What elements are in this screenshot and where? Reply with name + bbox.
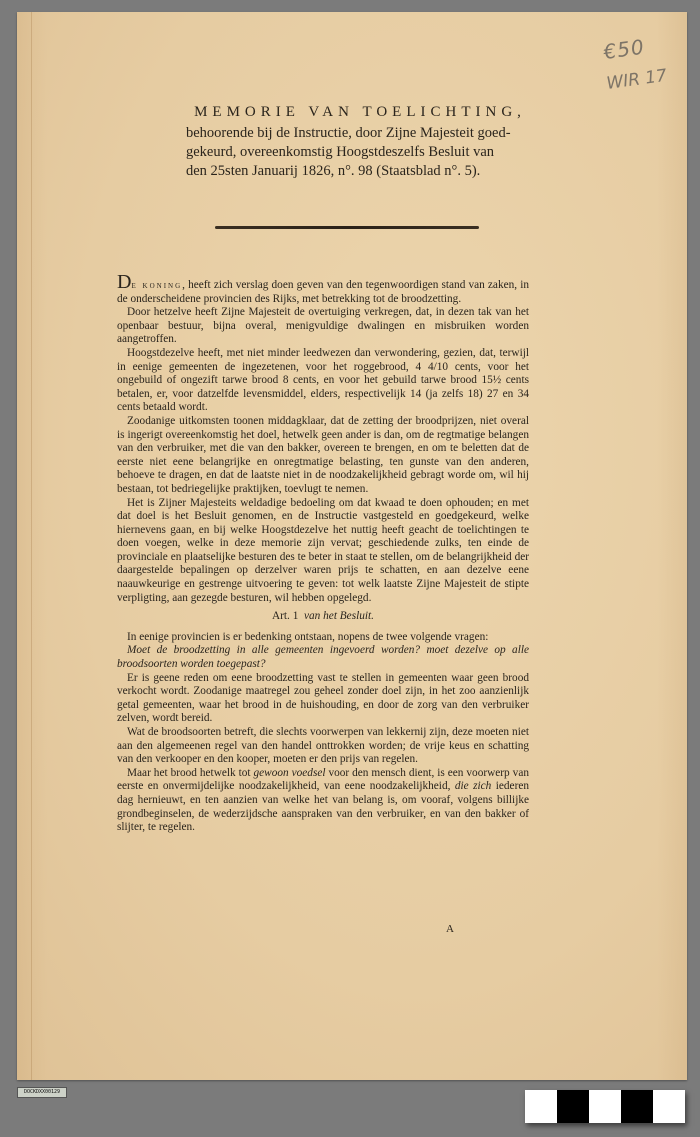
document-body: De koning, heeft zich verslag doen geven…	[117, 276, 529, 835]
document-subtitle: behoorende bij de Instructie, door Zijne…	[186, 124, 526, 181]
subtitle-line: behoorende bij de Instructie, door Zijne…	[186, 124, 526, 143]
document-title: MEMORIE VAN TOELICHTING,	[170, 104, 550, 121]
subtitle-line: gekeurd, overeenkomstig Hoogstdeszelfs B…	[186, 143, 526, 162]
title-block: MEMORIE VAN TOELICHTING, behoorende bij …	[150, 104, 550, 181]
paragraph: Zoodanige uitkomsten toonen middagklaar,…	[117, 415, 529, 497]
paragraph: Wat de broodsoorten betreft, die slechts…	[117, 726, 529, 767]
paragraph: Hoogstdezelve heeft, met niet minder lee…	[117, 347, 529, 415]
koning-smallcaps: e koning	[131, 280, 182, 291]
paragraph: Maar het brood hetwelk tot gewoon voedse…	[117, 767, 529, 835]
scale-white-patch	[653, 1090, 685, 1123]
page-fold-line	[31, 12, 32, 1080]
scale-black-patch	[557, 1090, 589, 1123]
drop-cap: D	[117, 271, 131, 293]
subtitle-line: den 25sten Januarij 1826, n°. 98 (Staats…	[186, 162, 526, 181]
archive-label: DOCKDXX00129	[17, 1087, 67, 1098]
signature-mark: A	[446, 923, 454, 935]
paragraph: Door hetzelve heeft Zijne Majesteit de o…	[117, 306, 529, 347]
scale-black-patch	[621, 1090, 653, 1123]
paragraph: In eenige provincien is er bedenking ont…	[117, 631, 529, 645]
section-heading: Art. 1 van het Besluit.	[117, 610, 529, 624]
title-divider-rule	[215, 226, 479, 229]
paragraph-questions: Moet de broodzetting in alle gemeenten i…	[117, 644, 529, 671]
paragraph: Er is geene reden om eene broodzetting v…	[117, 672, 529, 726]
scale-white-patch	[589, 1090, 621, 1123]
paragraph-intro: De koning, heeft zich verslag doen geven…	[117, 276, 529, 306]
handwritten-code: WIR 17	[606, 66, 669, 94]
handwritten-annotations: €50 WIR 17	[601, 32, 669, 94]
scale-white-patch	[525, 1090, 557, 1123]
handwritten-price: €50	[601, 35, 647, 65]
paragraph: Het is Zijner Majesteits weldadige bedoe…	[117, 497, 529, 606]
color-calibration-scale	[525, 1090, 685, 1123]
